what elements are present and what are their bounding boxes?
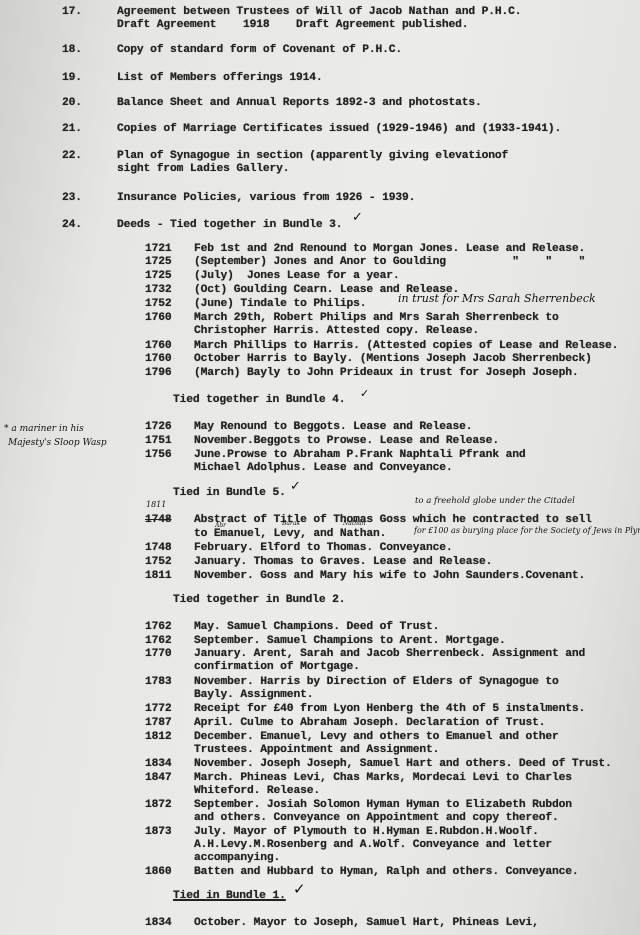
entry-text: May Renound to Beggots. Lease and Releas… <box>194 421 472 433</box>
entry-year: 1760 <box>145 353 172 365</box>
handwritten-note: to a freehold globe under the Citadel <box>415 496 575 506</box>
entry-text: September. Josiah Solomon Hyman Hyman to… <box>194 799 572 811</box>
entry-year: 1756 <box>145 449 172 461</box>
entry-text: January. Thomas to Graves. Lease and Rel… <box>194 556 492 568</box>
item-text: Copy of standard form of Covenant of P.H… <box>117 44 402 56</box>
interlinear-note: Nathan <box>343 520 366 527</box>
entry-text: November. Joseph Joseph, Samuel Hart and… <box>194 758 612 770</box>
entry-text: (June) Tindale to Philips. <box>194 298 366 310</box>
entry-year: 1860 <box>145 866 172 878</box>
entry-text: March Phillips to Harris. (Attested copi… <box>194 340 618 352</box>
entry-year: 1721 <box>145 243 172 255</box>
entry-text: to Emanuel, Levy, and Nathan. <box>194 528 386 540</box>
entry-year: 1725 <box>145 256 172 268</box>
entry-year: 1752 <box>145 556 172 568</box>
item-text: Insurance Policies, various from 1926 - … <box>117 192 415 204</box>
entry-year: 1834 <box>145 917 172 929</box>
item-text: Plan of Synagogue in section (apparently… <box>117 150 508 162</box>
item-number: 24. <box>62 219 82 231</box>
entry-year: 1772 <box>145 703 172 715</box>
entry-year: 1760 <box>145 340 172 352</box>
entry-year: 1760 <box>145 312 172 324</box>
entry-text: November. Harris by Direction of Elders … <box>194 676 559 688</box>
entry-year: 1732 <box>145 284 172 296</box>
handwritten-note: in trust for Mrs Sarah Sherrenbeck <box>398 292 596 305</box>
checkmark-icon: ✓ <box>360 387 369 400</box>
bundle-heading: Tied in Bundle 5. <box>173 487 286 499</box>
entry-text: May. Samuel Champions. Deed of Trust. <box>194 621 439 633</box>
entry-text: Whiteford. Release. <box>194 785 320 797</box>
entry-text: confirmation of Mortgage. <box>194 661 360 673</box>
interlinear-note: Abr <box>215 522 226 529</box>
margin-note: Majesty's Sloop Wasp <box>8 438 107 448</box>
item-text: Copies of Marriage Certificates issued (… <box>117 123 561 135</box>
entry-year: 1873 <box>145 826 172 838</box>
entry-text: and others. Conveyance on Appointment an… <box>194 812 559 824</box>
entry-year: 1762 <box>145 621 172 633</box>
entry-year: 1748 <box>145 542 172 554</box>
checkmark-icon: ✓ <box>293 880 306 898</box>
entry-text: March 29th, Robert Philips and Mrs Sarah… <box>194 312 559 324</box>
item-number: 20. <box>62 97 82 109</box>
entry-year: 1834 <box>145 758 172 770</box>
entry-year: 1811 <box>145 570 172 582</box>
item-text: Balance Sheet and Annual Reports 1892-3 … <box>117 97 482 109</box>
entry-text: Christopher Harris. Attested copy. Relea… <box>194 325 479 337</box>
entry-year: 1762 <box>145 635 172 647</box>
item-text: sight from Ladies Gallery. <box>117 163 289 175</box>
entry-text: Trustees. Appointment and Assignment. <box>194 744 439 756</box>
entry-year: 1725 <box>145 270 172 282</box>
entry-text: December. Emanuel, Levy and others to Em… <box>194 731 559 743</box>
entry-text: Michael Adolphus. Lease and Conveyance. <box>194 462 453 474</box>
entry-year: 1770 <box>145 648 172 660</box>
entry-text: A.H.Levy.M.Rosenberg and A.Wolf. Conveya… <box>194 839 552 851</box>
year-correction: 1811 <box>146 500 166 509</box>
entry-text: (July) Jones Lease for a year. <box>194 270 400 282</box>
entry-text: July. Mayor of Plymouth to H.Hyman E.Rub… <box>194 826 539 838</box>
entry-text: Batten and Hubbard to Hyman, Ralph and o… <box>194 866 579 878</box>
entry-year: 1847 <box>145 772 172 784</box>
entry-year: 1796 <box>145 367 172 379</box>
entry-text: Bayly. Assignment. <box>194 689 313 701</box>
item-text: List of Members offerings 1914. <box>117 72 323 84</box>
interlinear-note: Barak <box>282 520 300 527</box>
entry-text: March. Phineas Levi, Chas Marks, Mordeca… <box>194 772 572 784</box>
bundle-heading: Tied together in Bundle 2. <box>173 594 345 606</box>
item-number: 22. <box>62 150 82 162</box>
bundle-heading: Tied in Bundle 1. <box>173 890 286 902</box>
item-number: 23. <box>62 192 82 204</box>
entry-text: October Harris to Bayly. (Mentions Josep… <box>194 353 592 365</box>
entry-year: 1726 <box>145 421 172 433</box>
entry-year: 1751 <box>145 435 172 447</box>
entry-year: 1748 <box>145 514 172 526</box>
entry-text: Feb 1st and 2nd Renound to Morgan Jones.… <box>194 243 585 255</box>
entry-text: accompanying. <box>194 852 280 864</box>
margin-note: * a mariner in his <box>4 424 84 434</box>
item-text: Agreement between Trustees of Will of Ja… <box>117 6 521 18</box>
entry-text: (September) Jones and Anor to Goulding "… <box>194 256 585 268</box>
entry-text: Receipt for £40 from Lyon Henberg the 4t… <box>194 703 585 715</box>
item-number: 21. <box>62 123 82 135</box>
item-number: 17. <box>62 6 82 18</box>
checkmark-icon: ✓ <box>352 210 363 225</box>
entry-text: February. Elford to Thomas. Conveyance. <box>194 542 453 554</box>
item-number: 18. <box>62 44 82 56</box>
bundle-heading: Tied together in Bundle 4. <box>173 394 345 406</box>
entry-text: September. Samuel Champions to Arent. Mo… <box>194 635 506 647</box>
entry-text: Abstract of Title of Thomas Goss which h… <box>194 514 592 526</box>
document-page: 17. Agreement between Trustees of Will o… <box>0 0 640 935</box>
entry-text: November. Goss and Mary his wife to John… <box>194 570 585 582</box>
handwritten-note: for £100 as burying place for the Societ… <box>414 526 640 535</box>
entry-text: April. Culme to Abraham Joseph. Declarat… <box>194 717 545 729</box>
entry-year: 1872 <box>145 799 172 811</box>
entry-text: (March) Bayly to John Prideaux in trust … <box>194 367 579 379</box>
entry-year: 1783 <box>145 676 172 688</box>
entry-text: January. Arent, Sarah and Jacob Sherrenb… <box>194 648 585 660</box>
entry-text: October. Mayor to Joseph, Samuel Hart, P… <box>194 917 539 929</box>
entry-year: 1787 <box>145 717 172 729</box>
item-text: Draft Agreement 1918 Draft Agreement pub… <box>117 19 468 31</box>
checkmark-icon: ✓ <box>290 479 301 494</box>
entry-text: June.Prowse to Abraham P.Frank Naphtali … <box>194 449 525 461</box>
item-number: 19. <box>62 72 82 84</box>
entry-year: 1812 <box>145 731 172 743</box>
entry-text: November.Beggots to Prowse. Lease and Re… <box>194 435 499 447</box>
entry-year: 1752 <box>145 298 172 310</box>
item-text: Deeds - Tied together in Bundle 3. <box>117 219 342 231</box>
